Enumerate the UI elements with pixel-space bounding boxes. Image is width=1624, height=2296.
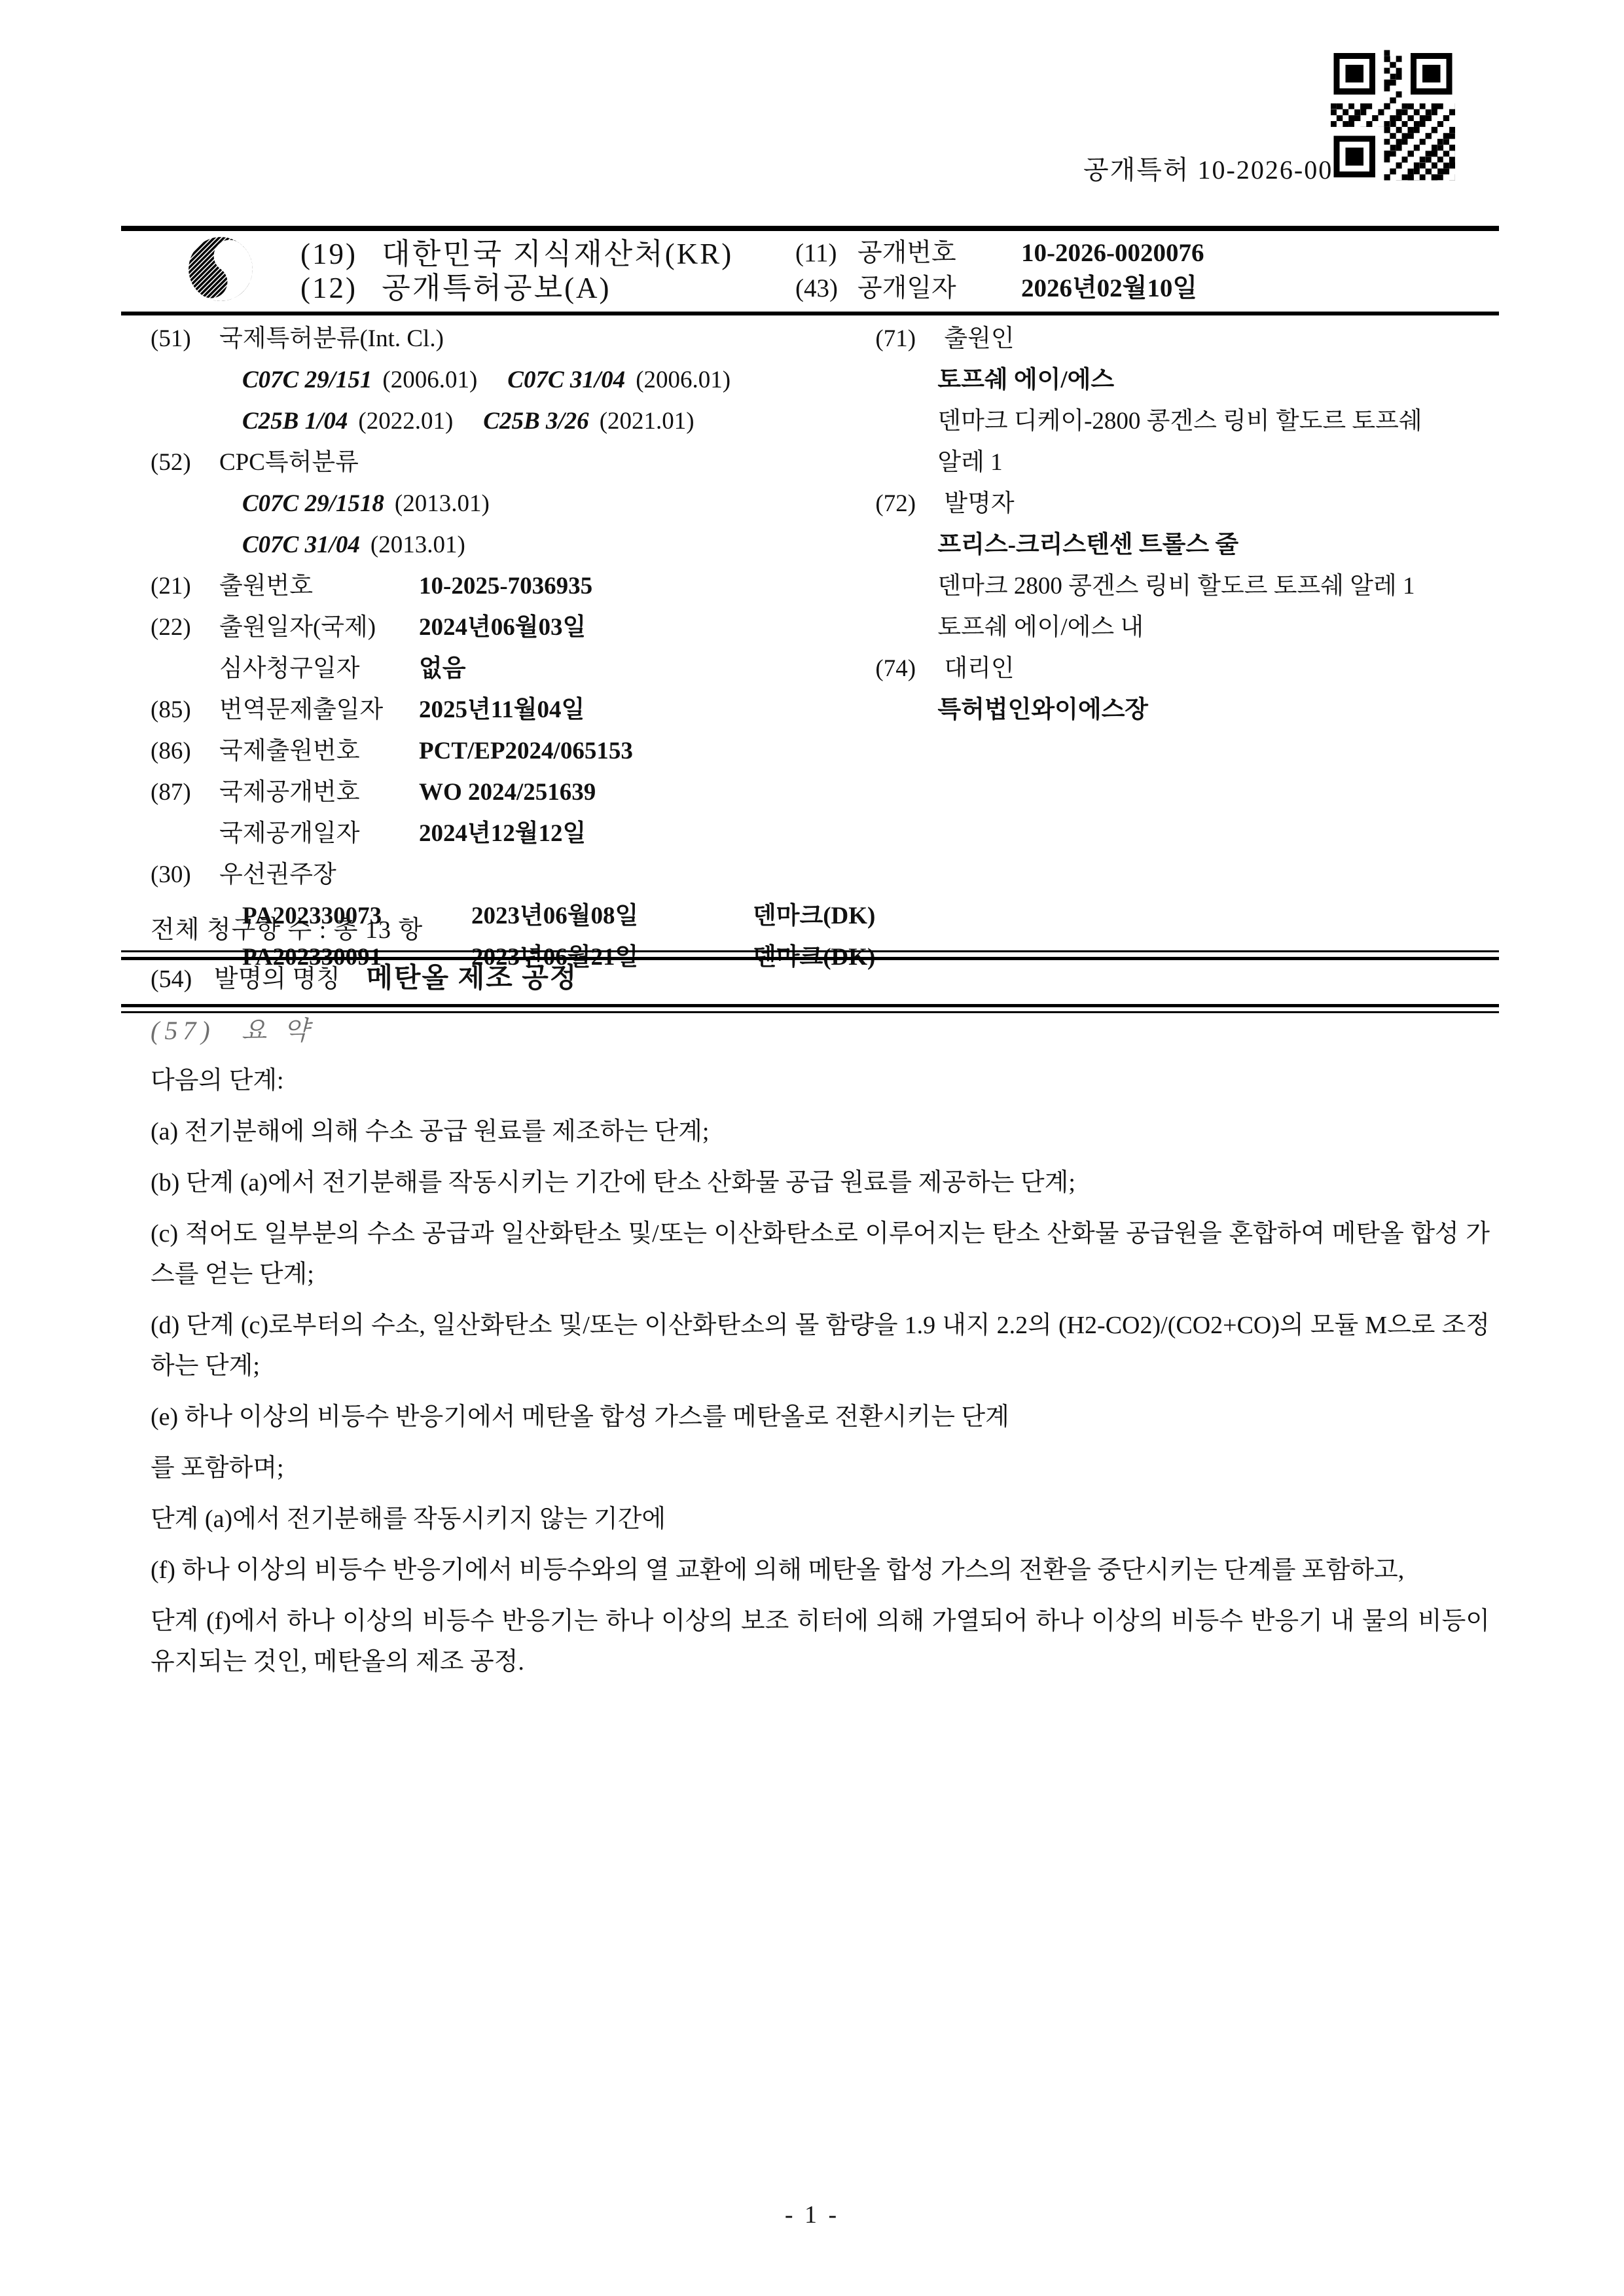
field-87-number: (87): [151, 772, 219, 813]
agent-name: 특허법인와이에스장: [875, 689, 1493, 730]
inventor-address-line: 토프쉐 에이/에스 내: [875, 607, 1493, 648]
invention-title: 메탄올 제조 공정: [366, 963, 577, 994]
translation-date-label: 번역문제출일자: [219, 689, 419, 730]
gazette-header: (19) 대한민국 지식재산처(KR) (12) 공개특허공보(A) (11) …: [121, 226, 1499, 315]
field-52-number: (52): [151, 442, 219, 483]
agent-label: 대리인: [944, 648, 1014, 689]
abstract-paragraph: (e) 하나 이상의 비등수 반응기에서 메탄올 합성 가스를 메탄올로 전환시…: [151, 1397, 1490, 1437]
abstract-paragraph: (c) 적어도 일부분의 수소 공급과 일산화탄소 및/또는 이산화탄소로 이루…: [151, 1213, 1490, 1295]
intl-application-number-value: PCT/EP2024/065153: [419, 730, 633, 772]
ipc-version: (2021.01): [600, 408, 695, 435]
intl-publication-number-row: (87) 국제공개번호 WO 2024/251639: [151, 772, 875, 813]
field-71-number: (71): [875, 318, 944, 359]
divider-rule: [121, 950, 1499, 960]
field-21-number: (21): [151, 565, 219, 607]
intl-application-number-row: (86) 국제출원번호 PCT/EP2024/065153: [151, 730, 875, 772]
examination-request-row: 심사청구일자 없음: [151, 648, 875, 689]
intl-publication-number-value: WO 2024/251639: [419, 772, 596, 813]
cpc-header-row: (52) CPC특허분류: [151, 442, 875, 483]
cpc-code: C07C 29/1518: [242, 490, 384, 517]
office-line: (19) 대한민국 지식재산처(KR): [300, 237, 733, 271]
inventor-label: 발명자: [944, 483, 1014, 524]
abstract-section: (57) 요 약 다음의 단계: (a) 전기분해에 의해 수소 공급 원료를 …: [151, 1008, 1490, 1682]
field-12-number: (12): [300, 271, 372, 305]
translation-date-row: (85) 번역문제출일자 2025년11월04일: [151, 689, 875, 730]
priority-label: 우선권주장: [219, 854, 336, 895]
inventor-header-row: (72) 발명자: [875, 483, 1493, 524]
publication-date-label: 공개일자: [857, 271, 1021, 306]
field-57-number: (57): [151, 1016, 215, 1045]
ipc-header-row: (51) 국제특허분류(Int. Cl.): [151, 318, 875, 359]
abstract-paragraph: 를 포함하며;: [151, 1448, 1490, 1488]
field-51-number: (51): [151, 318, 219, 359]
cpc-version: (2013.01): [370, 531, 465, 558]
document-kind: 공개특허공보(A): [382, 272, 611, 304]
publication-date-value: 2026년02월10일: [1021, 271, 1197, 306]
field-43-number: (43): [795, 271, 857, 306]
abstract-paragraph: 단계 (a)에서 전기분해를 작동시키지 않는 기간에: [151, 1499, 1490, 1539]
application-date-row: (22) 출원일자(국제) 2024년06월03일: [151, 607, 875, 648]
field-19-number: (19): [300, 237, 372, 271]
invention-title-label: 발명의 명칭: [214, 965, 340, 993]
priority-header-row: (30) 우선권주장: [151, 854, 875, 895]
field-blank-number: [151, 648, 219, 689]
abstract-paragraph: (b) 단계 (a)에서 전기분해를 작동시키는 기간에 탄소 산화물 공급 원…: [151, 1162, 1490, 1203]
abstract-label: 요 약: [242, 1016, 314, 1045]
field-74-number: (74): [875, 648, 944, 689]
intl-publication-date-value: 2024년12월12일: [419, 813, 586, 854]
abstract-header: (57) 요 약: [151, 1012, 1490, 1050]
ipc-code: C07C 31/04: [507, 367, 625, 393]
publication-number-value: 10-2026-0020076: [1021, 236, 1204, 271]
field-blank-number: [151, 813, 219, 854]
abstract-paragraph: (d) 단계 (c)로부터의 수소, 일산화탄소 및/또는 이산화탄소의 몰 함…: [151, 1305, 1490, 1386]
application-number-value: 10-2025-7036935: [419, 565, 592, 607]
publication-number-row: (11) 공개번호 10-2026-0020076: [795, 236, 1499, 271]
field-22-number: (22): [151, 607, 219, 648]
translation-date-value: 2025년11월04일: [419, 689, 585, 730]
intl-publication-date-row: 국제공개일자 2024년12월12일: [151, 813, 875, 854]
intl-publication-date-label: 국제공개일자: [219, 813, 419, 854]
biblio-right-column: (71) 출원인 토프쉐 에이/에스 덴마크 디케이-2800 콩겐스 링비 할…: [875, 318, 1493, 978]
examination-request-label: 심사청구일자: [219, 648, 419, 689]
intl-publication-number-label: 국제공개번호: [219, 772, 419, 813]
header-right: (11) 공개번호 10-2026-0020076 (43) 공개일자 2026…: [795, 236, 1499, 306]
application-number-row: (21) 출원번호 10-2025-7036935: [151, 565, 875, 607]
qr-code-icon: [1331, 50, 1455, 196]
kr-government-emblem-icon: [187, 235, 255, 306]
inventor-name: 프리스-크리스텐센 트롤스 줄: [875, 524, 1493, 565]
bibliographic-section: (51) 국제특허분류(Int. Cl.) C07C 29/151(2006.0…: [151, 318, 1493, 978]
priority-country: 덴마크(DK): [753, 903, 875, 929]
applicant-label: 출원인: [944, 318, 1014, 359]
ipc-version: (2006.01): [382, 367, 477, 393]
page-number: - 1 -: [0, 2200, 1624, 2229]
abstract-paragraph: (a) 전기분해에 의해 수소 공급 원료를 제조하는 단계;: [151, 1111, 1490, 1152]
ipc-code: C25B 3/26: [483, 408, 588, 435]
application-date-label: 출원일자(국제): [219, 607, 419, 648]
agent-header-row: (74) 대리인: [875, 648, 1493, 689]
ipc-version: (2006.01): [636, 367, 731, 393]
cpc-label: CPC특허분류: [219, 442, 359, 483]
inventor-address-line: 덴마크 2800 콩겐스 링비 할도르 토프쉐 알레 1: [875, 565, 1493, 607]
document-kind-line: (12) 공개특허공보(A): [300, 271, 733, 305]
ipc-code-row: C07C 29/151(2006.01)C07C 31/04(2006.01): [151, 359, 875, 401]
field-11-number: (11): [795, 236, 857, 271]
cpc-code-row: C07C 29/1518(2013.01): [151, 483, 875, 524]
biblio-left-column: (51) 국제특허분류(Int. Cl.) C07C 29/151(2006.0…: [151, 318, 875, 978]
applicant-header-row: (71) 출원인: [875, 318, 1493, 359]
cpc-code: C07C 31/04: [242, 531, 360, 558]
application-date-value: 2024년06월03일: [419, 607, 586, 648]
applicant-address-line: 알레 1: [875, 442, 1493, 483]
applicant-address-line: 덴마크 디케이-2800 콩겐스 링비 할도르 토프쉐: [875, 401, 1493, 442]
publication-number-label: 공개번호: [857, 236, 1021, 271]
applicant-name: 토프쉐 에이/에스: [875, 359, 1493, 401]
office-name: 대한민국 지식재산처(KR): [382, 238, 733, 270]
total-claims-line: 전체 청구항 수 : 총 13 항: [151, 914, 423, 946]
intl-application-number-label: 국제출원번호: [219, 730, 419, 772]
ipc-code: C07C 29/151: [242, 367, 372, 393]
abstract-paragraph: (f) 하나 이상의 비등수 반응기에서 비등수와의 열 교환에 의해 메탄올 …: [151, 1550, 1490, 1590]
invention-title-row: (54) 발명의 명칭 메탄올 제조 공정: [151, 960, 577, 997]
field-86-number: (86): [151, 730, 219, 772]
field-54-number: (54): [151, 965, 192, 993]
field-85-number: (85): [151, 689, 219, 730]
abstract-paragraph: 다음의 단계:: [151, 1060, 1490, 1101]
patent-gazette-page: 공개특허 10-2026-0020076: [0, 0, 1624, 2296]
publication-date-row: (43) 공개일자 2026년02월10일: [795, 271, 1499, 306]
cpc-version: (2013.01): [395, 490, 490, 517]
priority-date: 2023년06월08일: [471, 895, 753, 937]
abstract-paragraph: 단계 (f)에서 하나 이상의 비등수 반응기는 하나 이상의 보조 히터에 의…: [151, 1601, 1490, 1682]
field-30-number: (30): [151, 854, 219, 895]
ipc-code-row: C25B 1/04(2022.01)C25B 3/26(2021.01): [151, 401, 875, 442]
cpc-code-row: C07C 31/04(2013.01): [151, 524, 875, 565]
header-left: (19) 대한민국 지식재산처(KR) (12) 공개특허공보(A): [300, 237, 733, 305]
examination-request-value: 없음: [419, 648, 465, 689]
ipc-code: C25B 1/04: [242, 408, 348, 435]
ipc-label: 국제특허분류(Int. Cl.): [219, 318, 444, 359]
field-72-number: (72): [875, 483, 944, 524]
ipc-version: (2022.01): [358, 408, 453, 435]
application-number-label: 출원번호: [219, 565, 419, 607]
